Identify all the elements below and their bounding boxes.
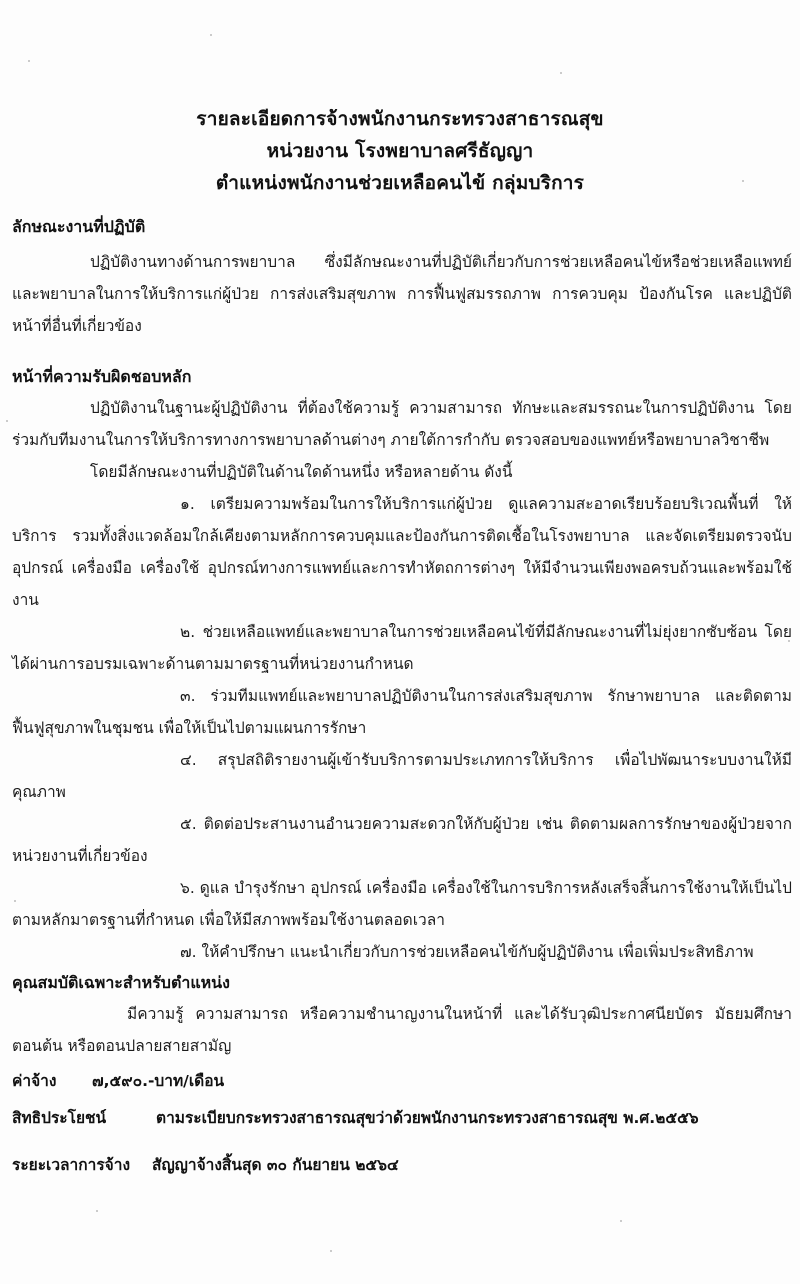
scanned-document-page: รายละเอียดการจ้างพนักงานกระทรวงสาธารณสุข… <box>0 0 800 1284</box>
document-title-block: รายละเอียดการจ้างพนักงานกระทรวงสาธารณสุข… <box>0 103 800 199</box>
position-line: ตำแหน่งพนักงานช่วยเหลือคนไข้ กลุ่มบริการ <box>0 167 800 199</box>
salary-value: ๗,๕๙๐.-บาท/เดือน <box>92 1066 224 1096</box>
agency-line: หน่วยงาน โรงพยาบาลศรีธัญญา <box>0 135 800 167</box>
scan-speck <box>330 1250 332 1252</box>
scan-speck <box>14 900 16 902</box>
qualifications-section: คุณสมบัติเฉพาะสำหรับตำแหน่ง มีความรู้ คว… <box>12 968 792 1062</box>
scan-speck <box>210 34 212 36</box>
benefits-value: ตามระเบียบกระทรวงสาธารณสุขว่าด้วยพนักงาน… <box>156 1103 699 1133</box>
scan-speck <box>742 180 744 182</box>
duty-item-2: ๒. ช่วยเหลือแพทย์และพยาบาลในการช่วยเหลือ… <box>12 616 792 680</box>
contract-period-label: ระยะเวลาการจ้าง <box>12 1150 152 1180</box>
document-title: รายละเอียดการจ้างพนักงานกระทรวงสาธารณสุข <box>0 103 800 135</box>
scan-speck <box>560 72 562 74</box>
job-nature-paragraph: ปฏิบัติงานทางด้านการพยาบาล ซึ่งมีลักษณะง… <box>12 246 792 342</box>
job-nature-section: ลักษณะงานที่ปฏิบัติ ปฏิบัติงานทางด้านการ… <box>12 212 792 342</box>
salary-label: ค่าจ้าง <box>12 1066 92 1096</box>
responsibilities-section: หน้าที่ความรับผิดชอบหลัก ปฏิบัติงานในฐาน… <box>12 362 792 968</box>
responsibilities-paragraph: ปฏิบัติงานในฐานะผู้ปฏิบัติงาน ที่ต้องใช้… <box>12 392 792 456</box>
duty-item-4: ๔. สรุปสถิติรายงานผู้เข้ารับบริการตามประ… <box>12 744 792 808</box>
responsibilities-heading: หน้าที่ความรับผิดชอบหลัก <box>12 362 792 392</box>
scan-speck <box>28 60 30 62</box>
qualifications-heading: คุณสมบัติเฉพาะสำหรับตำแหน่ง <box>12 968 792 998</box>
responsibilities-intro: โดยมีลักษณะงานที่ปฏิบัติในด้านใดด้านหนึ่… <box>12 456 792 488</box>
duty-item-7: ๗. ให้คำปรึกษา แนะนำเกี่ยวกับการช่วยเหลื… <box>12 936 792 968</box>
duty-item-3: ๓. ร่วมทีมแพทย์และพยาบาลปฏิบัติงานในการส… <box>12 680 792 744</box>
qualifications-paragraph: มีความรู้ ความสามารถ หรือความชำนาญงานในห… <box>12 998 792 1062</box>
scan-speck <box>6 420 8 422</box>
salary-row: ค่าจ้าง๗,๕๙๐.-บาท/เดือน <box>12 1066 224 1096</box>
scan-speck <box>620 1220 622 1222</box>
contract-period-value: สัญญาจ้างสิ้นสุด ๓๐ กันยายน ๒๕๖๔ <box>152 1150 399 1180</box>
benefits-label: สิทธิประโยชน์ <box>12 1103 156 1133</box>
benefits-row: สิทธิประโยชน์ตามระเบียบกระทรวงสาธารณสุขว… <box>12 1103 699 1133</box>
duty-item-5: ๕. ติดต่อประสานงานอำนวยความสะดวกให้กับผู… <box>12 808 792 872</box>
duty-item-1: ๑. เตรียมความพร้อมในการให้บริการแก่ผู้ป่… <box>12 488 792 616</box>
contract-period-row: ระยะเวลาการจ้างสัญญาจ้างสิ้นสุด ๓๐ กันยา… <box>12 1150 399 1180</box>
job-nature-heading: ลักษณะงานที่ปฏิบัติ <box>12 212 792 242</box>
duty-item-6: ๖. ดูแล บำรุงรักษา อุปกรณ์ เครื่องมือ เค… <box>12 872 792 936</box>
scan-speck <box>96 1210 98 1212</box>
scan-speck <box>788 640 790 642</box>
